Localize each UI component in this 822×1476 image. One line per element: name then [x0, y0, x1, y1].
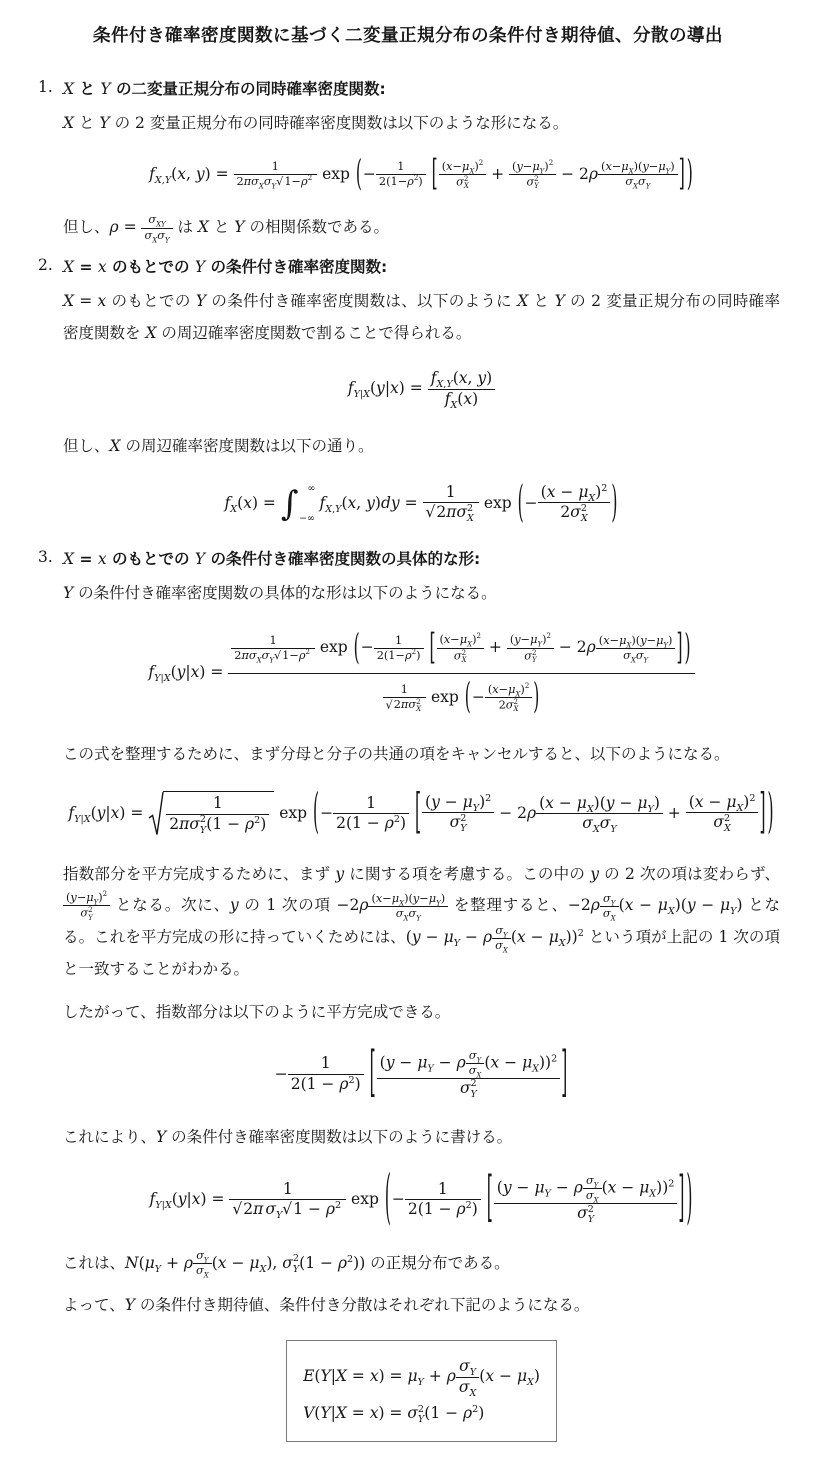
formula-conditional-ratio: fY|X(y|x) = 12πσXσY√1−ρ2 exp (−12(1−ρ2) … [63, 633, 780, 713]
item-number: 2. [38, 256, 53, 274]
formula-marginal-pdf: fX(x) = ∫∞−∞fX,Y(x, y)dy = 1√2πσ2X exp (… [63, 483, 780, 525]
list-item-1: 1. X と Y の二変量正規分布の同時確率密度関数: X と Y の 2 変量… [36, 77, 780, 244]
intro-paragraph: X と Y の 2 変量正規分布の同時確率密度関数は以下のような形になる。 [63, 108, 780, 140]
complete-square-paragraph: 指数部分を平方完成するために、まず y に関する項を考慮する。この中の y の … [63, 859, 780, 986]
marginal-note-paragraph: 但し、X の周辺確率密度関数は以下の通り。 [63, 431, 780, 463]
correlation-note-paragraph: 但し、ρ = σXYσXσY は X と Y の相関係数である。 [63, 212, 780, 244]
intro-paragraph: X = x のもとでの Y の条件付き確率密度関数は、以下のように X と Y … [63, 286, 780, 350]
intro-paragraph: Y の条件付き確率密度関数の具体的な形は以下のようになる。 [63, 578, 780, 610]
item-heading-joint-pdf: X と Y の二変量正規分布の同時確率密度関数: [63, 77, 780, 99]
list-item-3: 3. X = x のもとでの Y の条件付き確率密度関数の具体的な形: Y の条… [36, 547, 780, 1443]
therefore-paragraph: したがって、指数部分は以下のように平方完成できる。 [63, 997, 780, 1029]
formula-joint-pdf: fX,Y(x, y) = 12πσXσY√1−ρ2 exp (−12(1−ρ2)… [63, 160, 780, 190]
result-box: E(Y|X = x) = μY + ρσYσX(x − μX) V(Y|X = … [286, 1340, 557, 1442]
formula-conditional-simplified: fY|X(y|x) = 12πσ2Y(1 − ρ2) exp (−12(1 − … [63, 791, 780, 837]
formula-conditional-variance: V(Y|X = x) = σ2Y(1 − ρ2) [303, 1403, 540, 1425]
normal-distribution-paragraph: これは、N(μY + ρσYσX(x − μX), σ2Y(1 − ρ2)) の… [63, 1248, 780, 1280]
formula-completed-square-exponent: −12(1 − ρ2) [(y − μY − ρσYσX(x − μX))2σ2… [63, 1049, 780, 1101]
item-number: 3. [38, 548, 53, 566]
rewrite-paragraph: これにより、Y の条件付き確率密度関数は以下のように書ける。 [63, 1122, 780, 1154]
item-heading-conditional-pdf: X = x のもとでの Y の条件付き確率密度関数: [63, 255, 780, 277]
page-title: 条件付き確率密度関数に基づく二変量正規分布の条件付き期待値、分散の導出 [36, 22, 780, 47]
formula-conditional-definition: fY|X(y|x) = fX,Y(x, y)fX(x) [63, 369, 780, 409]
item-heading-concrete-form: X = x のもとでの Y の条件付き確率密度関数の具体的な形: [63, 547, 780, 569]
list-item-2: 2. X = x のもとでの Y の条件付き確率密度関数: X = x のもとで… [36, 255, 780, 525]
formula-conditional-final: fY|X(y|x) = 1√2πσY√1 − ρ2 exp (−12(1 − ρ… [63, 1174, 780, 1226]
conclusion-paragraph: よって、Y の条件付き期待値、条件付き分散はそれぞれ下記のようになる。 [63, 1290, 780, 1322]
formula-conditional-expectation: E(Y|X = x) = μY + ρσYσX(x − μX) [303, 1357, 540, 1397]
cancel-paragraph: この式を整理するために、まず分母と分子の共通の項をキャンセルすると、以下のように… [63, 739, 780, 771]
math-document-page: 条件付き確率密度関数に基づく二変量正規分布の条件付き期待値、分散の導出 1. X… [0, 0, 822, 1476]
item-number: 1. [38, 78, 53, 96]
